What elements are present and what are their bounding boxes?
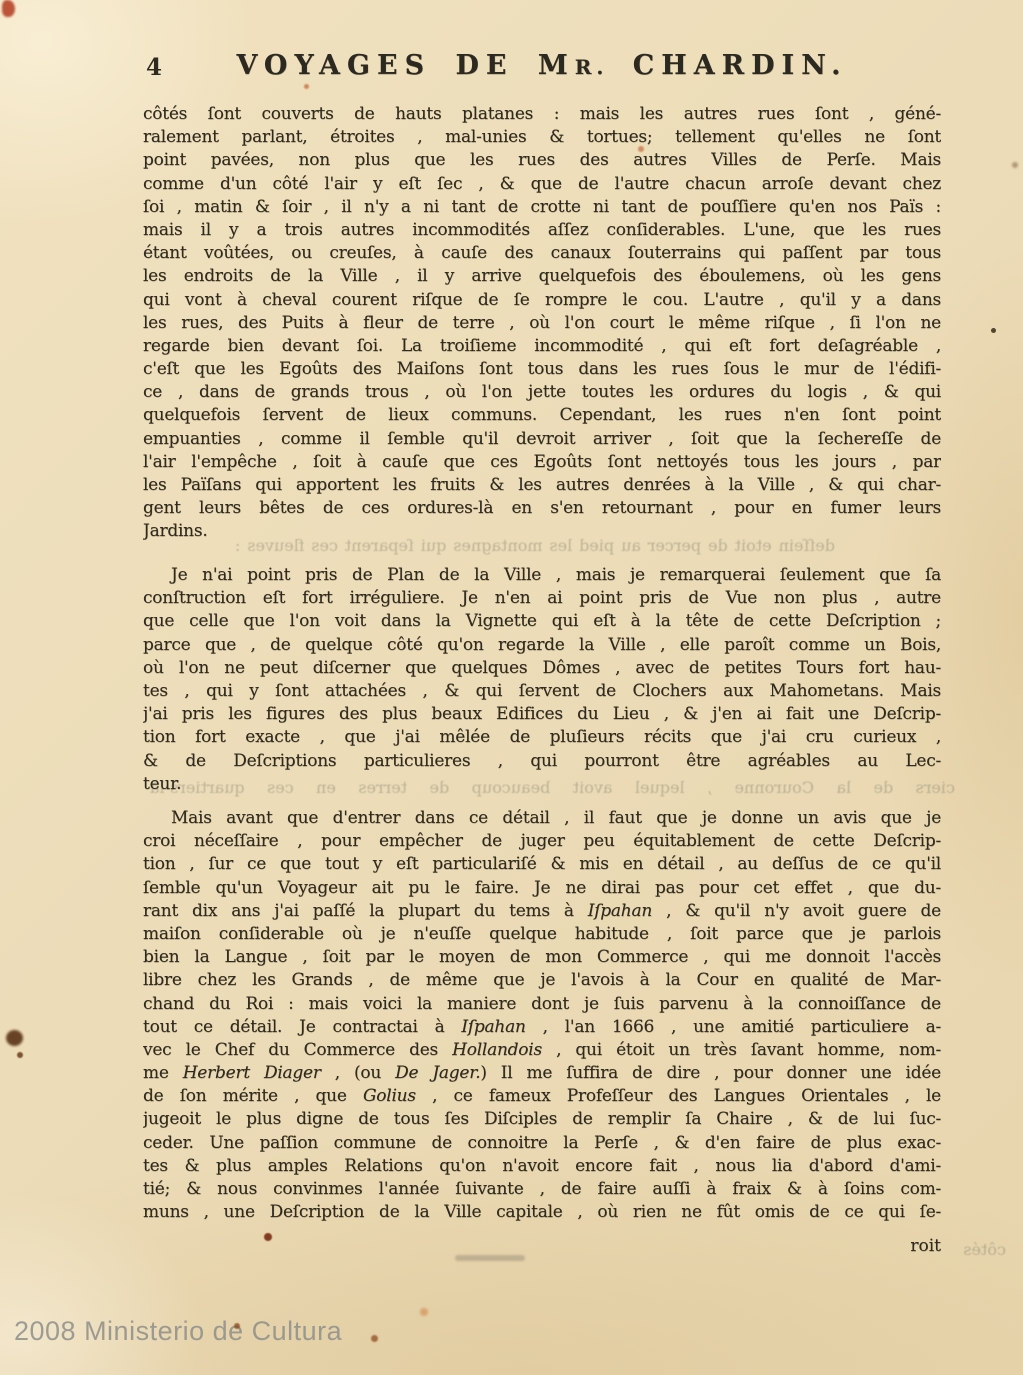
foxing-spot — [304, 84, 309, 89]
text-line: de ſon mérite , que Golius , ce fameux P… — [143, 1085, 941, 1108]
foxing-spot — [1012, 162, 1018, 168]
text-line: gent leurs bêtes de ces ordures-là en s'… — [143, 497, 941, 520]
text-line: libre chez les Grands , de même que je l… — [143, 969, 941, 992]
paragraph: Mais avant que d'entrer dans ce détail ,… — [143, 807, 941, 1224]
text-line: les Païſans qui apportent les fruits & l… — [143, 474, 941, 497]
paragraph: côtés ſont couverts de hauts platanes : … — [143, 103, 941, 544]
text-line: ſoi , matin & ſoir , il n'y a ni tant de… — [143, 196, 941, 219]
text-line: côtés ſont couverts de hauts platanes : … — [143, 103, 941, 126]
foxing-spot — [234, 1323, 240, 1329]
foxing-spot — [264, 1233, 272, 1241]
text-line: croi néceſſaire , pour empêcher de juger… — [143, 830, 941, 853]
text-line: ralement parlant, étroites , mal-unies &… — [143, 126, 941, 149]
book-page: 4 VOYAGES DE MR. CHARDIN. deſſein etoit … — [0, 0, 1023, 1375]
text-line: c'eſt que les Egoûts des Maiſons ſont to… — [143, 358, 941, 381]
text-line: chand du Roi : mais voici la maniere don… — [143, 993, 941, 1016]
text-line: les endroits de la Ville , il y arrive q… — [143, 265, 941, 288]
watermark: 2008 Ministerio de Cultura — [14, 1316, 342, 1347]
foxing-spot — [638, 146, 644, 152]
catchword: roit — [143, 1236, 941, 1256]
ink-smudge — [455, 1255, 525, 1261]
text-line: parce que , de quelque côté qu'on regard… — [143, 634, 941, 657]
text-line: bien la Langue , ſoit par le moyen de mo… — [143, 946, 941, 969]
text-line: ceder. Une paſſion commune de connoitre … — [143, 1132, 941, 1155]
paragraph: Je n'ai point pris de Plan de la Ville ,… — [143, 564, 941, 796]
foxing-spot — [17, 1052, 23, 1058]
text-line: tion fort exacte , que j'ai mêlée de plu… — [143, 726, 941, 749]
text-line: tié; & nous convinmes l'année ſuivante ,… — [143, 1178, 941, 1201]
text-line: quelquefois ſervent de lieux communs. Ce… — [143, 404, 941, 427]
text-line: qui vont à cheval courent riſque de ſe r… — [143, 289, 941, 312]
text-line: l'air l'empêche , ſoit à cauſe que ces E… — [143, 451, 941, 474]
text-line: & de Deſcriptions particulieres , qui po… — [143, 750, 941, 773]
text-line: j'ai pris les figures des plus beaux Edi… — [143, 703, 941, 726]
text-line: conſtruction eſt fort irréguliere. Je n'… — [143, 587, 941, 610]
text-line: rant dix ans j'ai paſſé la plupart du te… — [143, 900, 941, 923]
foxing-spot — [2, 0, 15, 17]
text-line: tion , ſur ce que tout y eſt particulari… — [143, 853, 941, 876]
text-line: muns , une Deſcription de la Ville capit… — [143, 1201, 941, 1224]
foxing-spot — [6, 1030, 23, 1046]
text-line: tout ce détail. Je contractai à Iſpahan … — [143, 1016, 941, 1039]
text-line: ce , dans de grands trous , où l'on jett… — [143, 381, 941, 404]
text-line: ſemble qu'un Voyageur ait pu le faire. J… — [143, 877, 941, 900]
text-line: point pavées, non plus que les rues des … — [143, 149, 941, 172]
text-line: que celle que l'on voit dans la Vignette… — [143, 610, 941, 633]
text-line: où l'on ne peut diſcerner que quelques D… — [143, 657, 941, 680]
text-line: vec le Chef du Commerce des Hollandois ,… — [143, 1039, 941, 1062]
text-line: les rues, des Puits à fleur de terre , o… — [143, 312, 941, 335]
text-line: empuanties , comme il ſemble qu'il devro… — [143, 428, 941, 451]
text-line: tes , qui y ſont attachées , & qui ſerve… — [143, 680, 941, 703]
text-line: maiſon conſiderable où je n'euſſe quelqu… — [143, 923, 941, 946]
text-line: Jardins. — [143, 520, 941, 543]
text-line: me Herbert Diager , (ou De Jager.) Il me… — [143, 1062, 941, 1085]
foxing-spot — [991, 328, 996, 333]
text-line: mais il y a trois autres incommodités aſ… — [143, 219, 941, 242]
text-line: Mais avant que d'entrer dans ce détail ,… — [143, 807, 941, 830]
text-line: comme d'un côté l'air y eſt ſec , & que … — [143, 173, 941, 196]
foxing-spot — [420, 1308, 428, 1316]
text-line: étant voûtées, ou creuſes, à cauſe des c… — [143, 242, 941, 265]
text-line: Je n'ai point pris de Plan de la Ville ,… — [143, 564, 941, 587]
text-line: teur. — [143, 773, 941, 796]
text-line: regarde bien devant ſoi. La troiſieme in… — [143, 335, 941, 358]
foxing-spot — [371, 1335, 378, 1342]
text-line: jugeoit le plus digne de tous ſes Diſcip… — [143, 1108, 941, 1131]
body-text: côtés ſont couverts de hauts platanes : … — [0, 0, 1023, 1375]
text-line: tes & plus amples Relations qu'on n'avoi… — [143, 1155, 941, 1178]
